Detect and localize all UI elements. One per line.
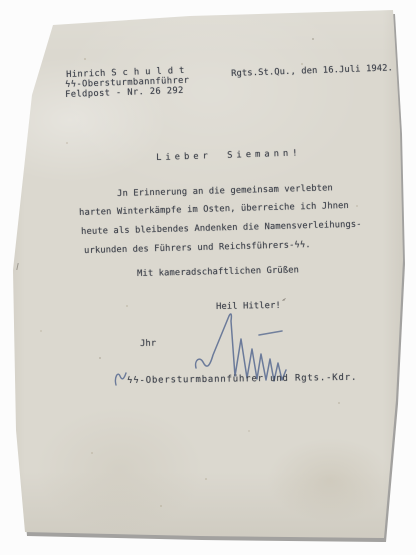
signature-intro: Jhr	[140, 339, 156, 349]
paper-scratch	[16, 263, 18, 270]
paper-scratch	[282, 298, 286, 301]
letter-photo: Hinrich S c h u l d t ϟϟ-Obersturmbannfü…	[0, 0, 416, 555]
letter-paper	[0, 0, 416, 555]
heil-hitler-line: Heil Hitler!	[216, 301, 281, 312]
paper-age-speckles	[0, 0, 2, 2]
